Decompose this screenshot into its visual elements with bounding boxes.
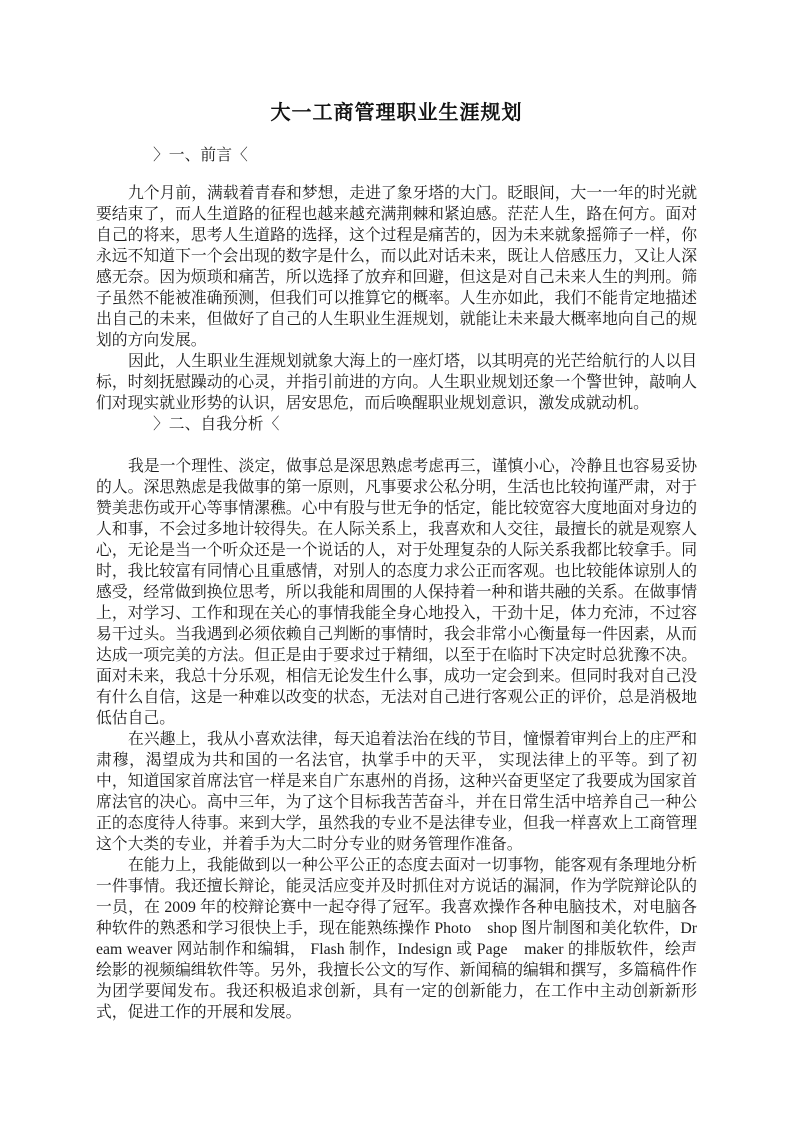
document-page: 大一工商管理职业生涯规划 〉一、前言〈 九个月前，满载着青春和梦想，走进了象牙塔… [0, 0, 793, 1122]
document-title: 大一工商管理职业生涯规划 [96, 100, 697, 126]
section-heading-foreword: 〉一、前言〈 [96, 145, 697, 166]
paragraph-self-analysis-interests: 在兴趣上，我从小喜欢法律，每天追着法治在线的节目，憧憬着审判台上的庄严和肃穆，渴… [96, 729, 697, 855]
paragraph-foreword-1: 九个月前，满载着青春和梦想，走进了象牙塔的大门。眨眼间，大一一年的时光就要结束了… [96, 183, 697, 351]
paragraph-foreword-2: 因此，人生职业生涯规划就象大海上的一座灯塔，以其明亮的光芒给航行的人以目标，时刻… [96, 351, 697, 414]
paragraph-self-analysis-personality: 我是一个理性、淡定，做事总是深思熟虑考虑再三，谨慎小心，冷静且也容易妥协的人。深… [96, 456, 697, 729]
section-heading-self-analysis: 〉二、自我分析〈 [96, 414, 697, 435]
document-content: 大一工商管理职业生涯规划 〉一、前言〈 九个月前，满载着青春和梦想，走进了象牙塔… [96, 100, 697, 1023]
paragraph-self-analysis-abilities: 在能力上，我能做到以一种公平公正的态度去面对一切事物，能客观有条理地分析一件事情… [96, 855, 697, 1023]
